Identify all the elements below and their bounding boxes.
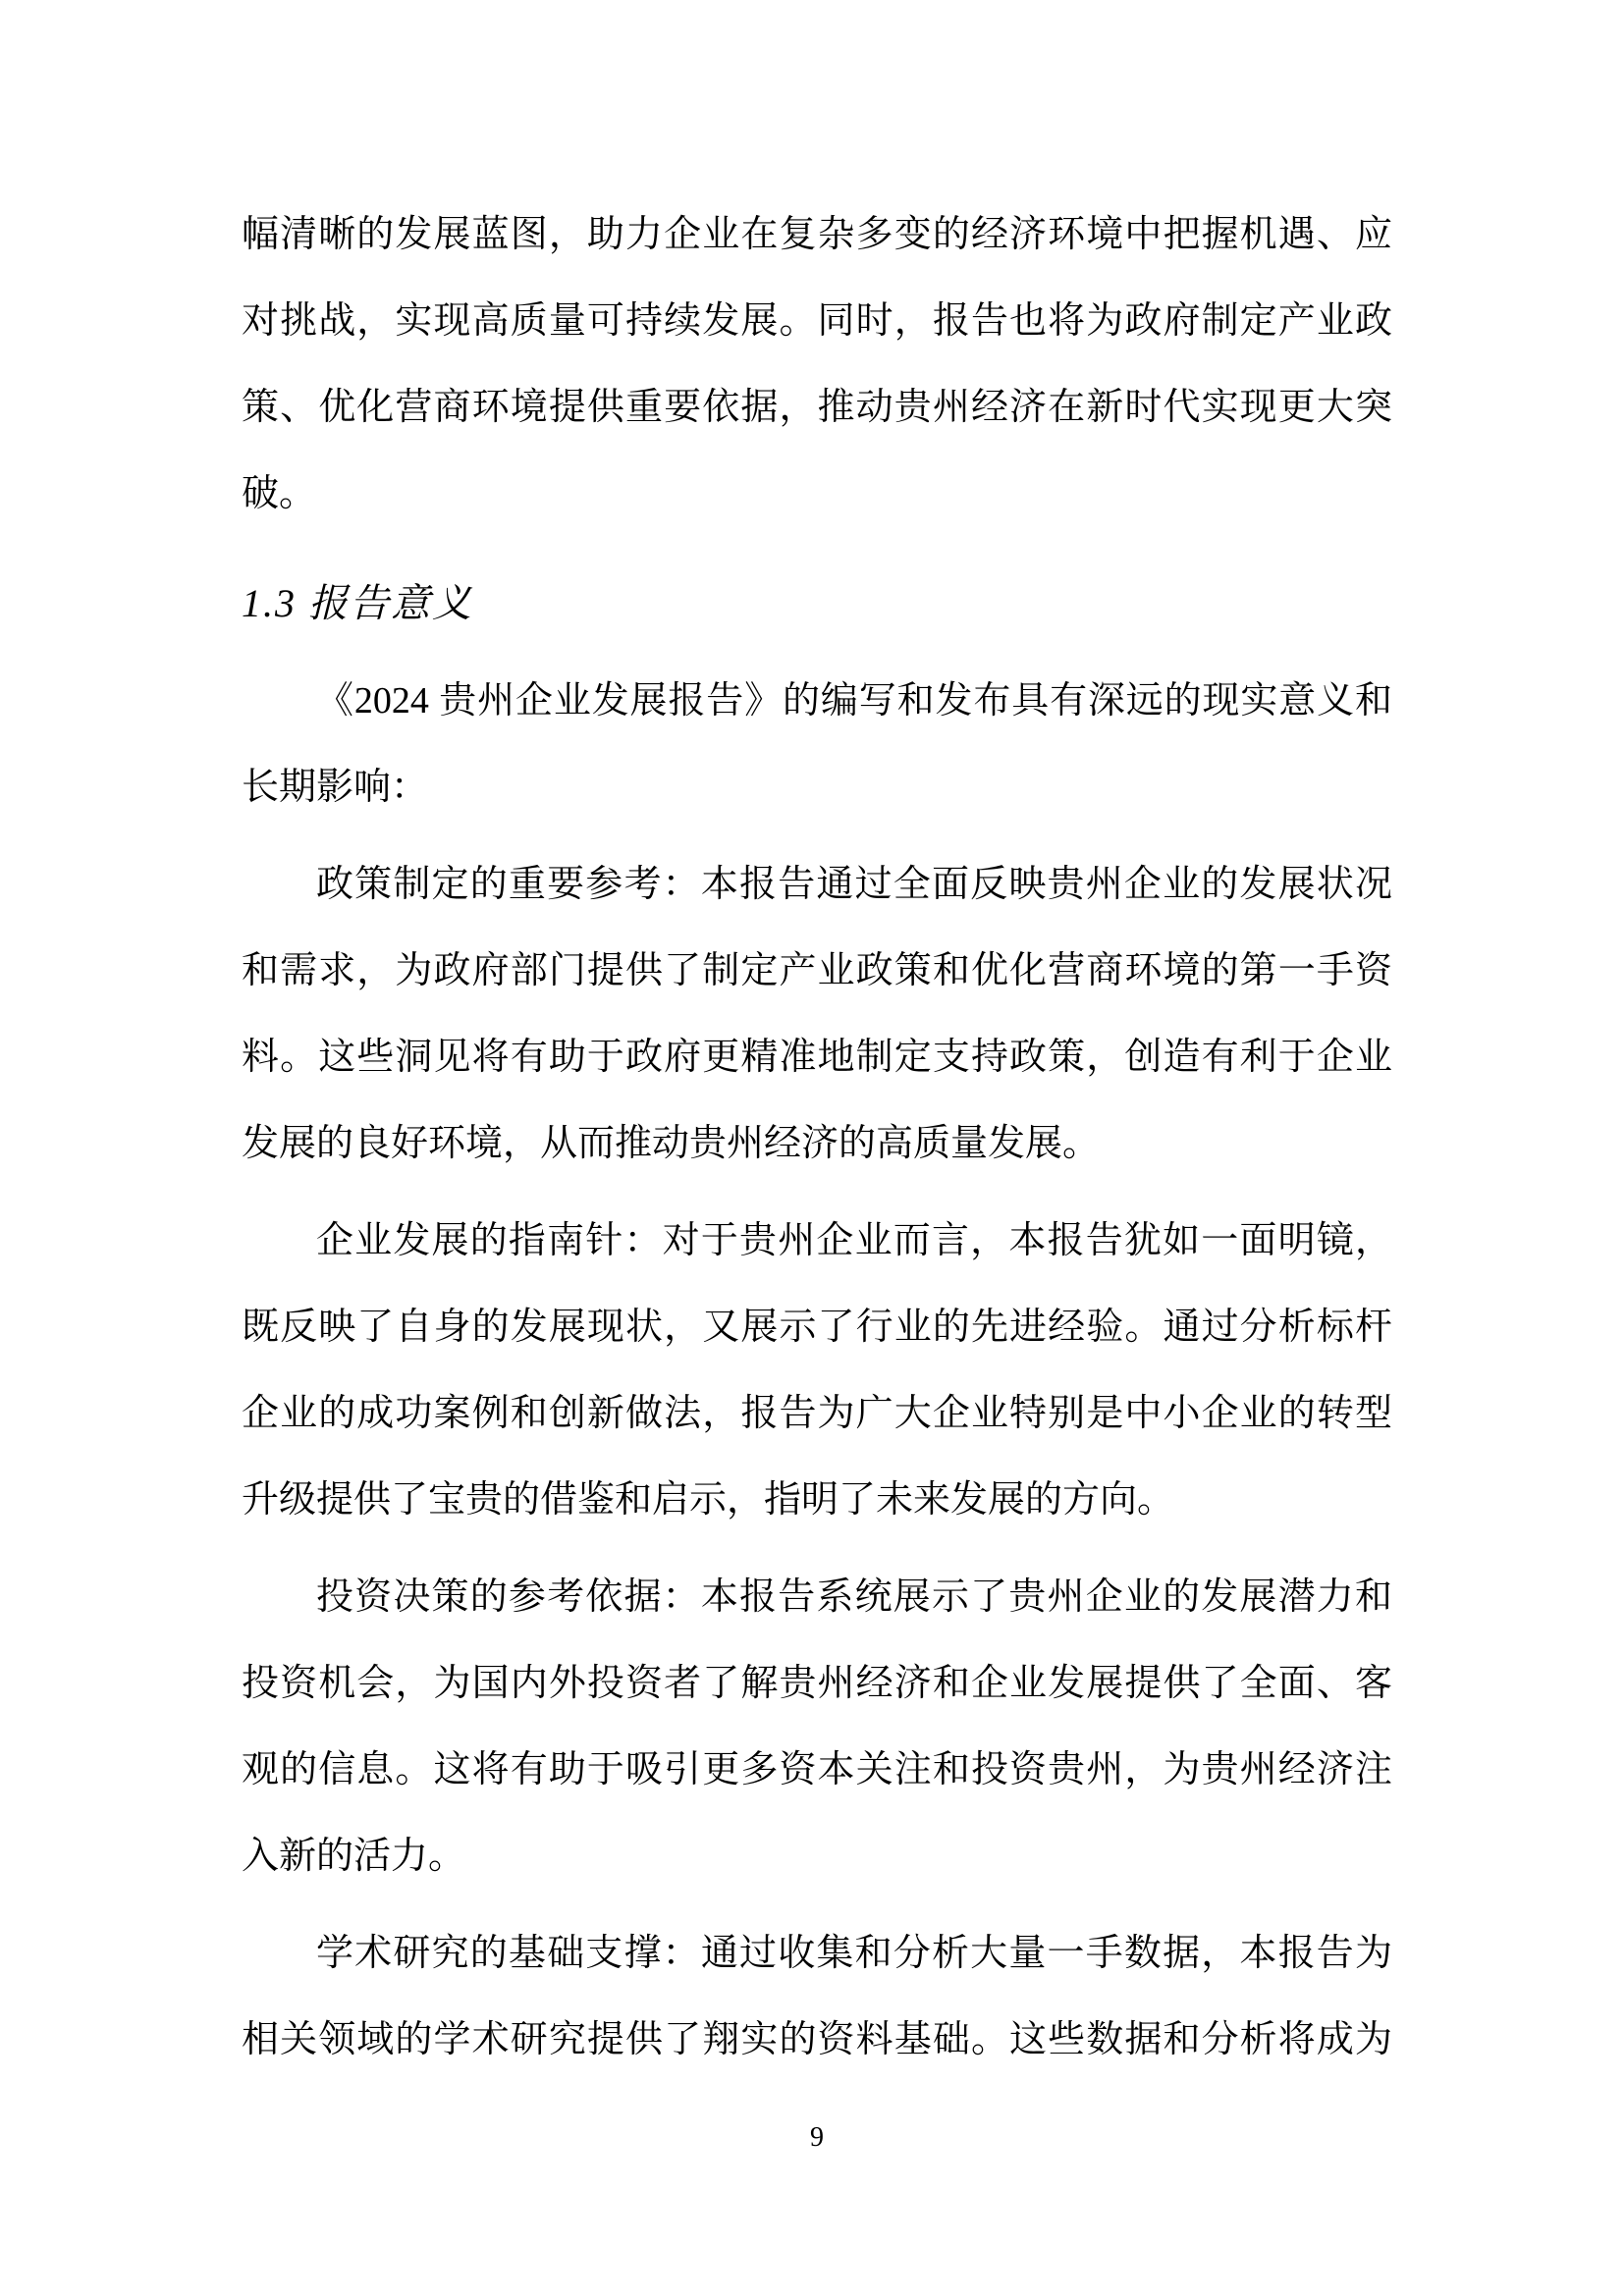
paragraph-enterprise-guide: 企业发展的指南针：对于贵州企业而言，本报告犹如一面明镜， 既反映了自身的发展现状… xyxy=(242,1198,1392,1543)
text-line: 破。 xyxy=(242,451,1392,537)
text-line: 料。这些洞见将有助于政府更精准地制定支持政策，创造有利于企业 xyxy=(242,1014,1392,1100)
text-line: 升级提供了宝贵的借鉴和启示，指明了未来发展的方向。 xyxy=(242,1457,1392,1543)
page-number-footer: 9 xyxy=(242,2118,1392,2158)
text-line: 《2024 贵州企业发展报告》的编写和发布具有深远的现实意义和 xyxy=(242,658,1392,744)
text-line: 长期影响： xyxy=(242,744,1392,830)
paragraph-academic-support: 学术研究的基础支撑：通过收集和分析大量一手数据，本报告为 相关领域的学术研究提供… xyxy=(242,1910,1392,2083)
text-line: 投资决策的参考依据：本报告系统展示了贵州企业的发展潜力和 xyxy=(242,1554,1392,1640)
text-line: 投资机会，为国内外投资者了解贵州经济和企业发展提供了全面、客 xyxy=(242,1640,1392,1727)
paragraph-overview: 《2024 贵州企业发展报告》的编写和发布具有深远的现实意义和 长期影响： xyxy=(242,658,1392,830)
paragraph-investment-reference: 投资决策的参考依据：本报告系统展示了贵州企业的发展潜力和 投资机会，为国内外投资… xyxy=(242,1554,1392,1899)
text-line: 学术研究的基础支撑：通过收集和分析大量一手数据，本报告为 xyxy=(242,1910,1392,1997)
body-text: 幅清晰的发展蓝图，助力企业在复杂多变的经济环境中把握机遇、应 对挑战，实现高质量… xyxy=(242,191,1392,2094)
text-line: 既反映了自身的发展现状，又展示了行业的先进经验。通过分析标杆 xyxy=(242,1284,1392,1370)
text-line: 观的信息。这将有助于吸引更多资本关注和投资贵州，为贵州经济注 xyxy=(242,1727,1392,1813)
paragraph-policy-reference: 政策制定的重要参考：本报告通过全面反映贵州企业的发展状况 和需求，为政府部门提供… xyxy=(242,841,1392,1187)
text-line: 幅清晰的发展蓝图，助力企业在复杂多变的经济环境中把握机遇、应 xyxy=(242,191,1392,278)
text-line: 入新的活力。 xyxy=(242,1813,1392,1899)
text-line: 相关领域的学术研究提供了翔实的资料基础。这些数据和分析将成为 xyxy=(242,1997,1392,2083)
text-line: 和需求，为政府部门提供了制定产业政策和优化营商环境的第一手资 xyxy=(242,928,1392,1014)
text-line: 企业发展的指南针：对于贵州企业而言，本报告犹如一面明镜， xyxy=(242,1198,1392,1284)
text-line: 对挑战，实现高质量可持续发展。同时，报告也将为政府制定产业政 xyxy=(242,278,1392,364)
text-line: 策、优化营商环境提供重要依据，推动贵州经济在新时代实现更大突 xyxy=(242,364,1392,451)
paragraph-intro-continuation: 幅清晰的发展蓝图，助力企业在复杂多变的经济环境中把握机遇、应 对挑战，实现高质量… xyxy=(242,191,1392,537)
text-line: 政策制定的重要参考：本报告通过全面反映贵州企业的发展状况 xyxy=(242,841,1392,928)
text-line: 发展的良好环境，从而推动贵州经济的高质量发展。 xyxy=(242,1100,1392,1187)
document-page: 幅清晰的发展蓝图，助力企业在复杂多变的经济环境中把握机遇、应 对挑战，实现高质量… xyxy=(0,0,1624,2296)
text-line: 企业的成功案例和创新做法，报告为广大企业特别是中小企业的转型 xyxy=(242,1370,1392,1457)
section-heading-1-3: 1.3 报告意义 xyxy=(242,561,1392,647)
